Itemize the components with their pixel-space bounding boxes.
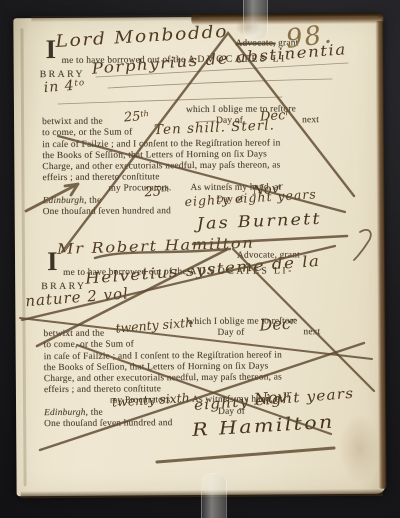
effeirs-line: effeirs ; and thereto conſtitute	[42, 173, 159, 183]
sum-line: to come, or the Sum of	[44, 340, 134, 350]
signature-handwritten: R Hamilton	[192, 412, 336, 441]
the-word: the	[89, 196, 101, 206]
signing-day-handwritten: 25th	[144, 184, 170, 200]
betwixt-line: betwixt and the	[42, 118, 103, 128]
penalty-handwritten: Ten shill. Sterl.	[154, 117, 275, 138]
book-format-handwritten: in 4to	[43, 77, 86, 96]
betwixt-line: betwixt and the	[44, 330, 105, 340]
edinburgh-word: Edinburgh,	[43, 196, 87, 206]
book-holding-strap-bottom	[201, 473, 227, 518]
day-of-label: Day of	[218, 329, 245, 339]
due-month-handwritten: Decr	[259, 313, 296, 334]
due-month-superscript: r	[290, 316, 295, 327]
page-top-edge-left	[31, 15, 199, 22]
due-day-handwritten: 25th	[123, 109, 149, 126]
next-label: next	[304, 328, 321, 338]
book-format-text: in 4	[43, 78, 75, 96]
book-format-superscript: to	[74, 78, 85, 89]
signing-day-handwritten: twenty sixth	[112, 390, 191, 410]
charge-line: Charge, and other executorials needful, …	[42, 161, 280, 172]
borrowing-form-2: I Mr Robert Hamilton Advocate, grant me …	[15, 246, 385, 461]
photographed-register-page: I Lord Monboddo Advocate, grant me to ha…	[0, 0, 400, 518]
edinburgh-word: Edinburgh,	[44, 408, 88, 418]
book-title-handwritten: Helvetius systeme de la	[84, 252, 321, 288]
due-day-superscript: th	[140, 109, 149, 119]
book-holding-strap-top	[243, 0, 268, 41]
year-printed-line: One thouſand ſeven hundred and	[43, 207, 171, 217]
due-day-text: twenty sixth	[115, 315, 194, 336]
signing-day-superscript: th	[161, 184, 170, 193]
the-word: the	[91, 408, 103, 418]
due-day-text: 25	[123, 109, 141, 125]
due-month-superscript: r	[285, 108, 289, 117]
year-printed-line: One thouſand ſeven hundred and	[44, 419, 172, 429]
sum-line: to come, or the Sum of	[42, 128, 132, 138]
edinburgh-line: Edinburgh, the	[43, 197, 102, 207]
due-day-handwritten: twenty sixth	[115, 315, 194, 336]
next-label: next	[302, 116, 319, 126]
charge-line: Charge, and other executorials needful, …	[44, 373, 282, 384]
signing-day-text: twenty sixth	[112, 390, 191, 410]
paper-page: I Lord Monboddo Advocate, grant me to ha…	[13, 16, 385, 497]
signing-day-text: 25	[144, 184, 161, 200]
edinburgh-line: Edinburgh, the	[44, 409, 103, 419]
borrowing-form-1: I Lord Monboddo Advocate, grant me to ha…	[13, 34, 383, 249]
page-number-handwritten: 98.	[284, 19, 335, 55]
due-month-text: Dec	[259, 314, 291, 335]
signature-handwritten: Jas Burnett	[196, 209, 322, 233]
borrower-name-handwritten: Lord Monboddo	[55, 22, 229, 52]
